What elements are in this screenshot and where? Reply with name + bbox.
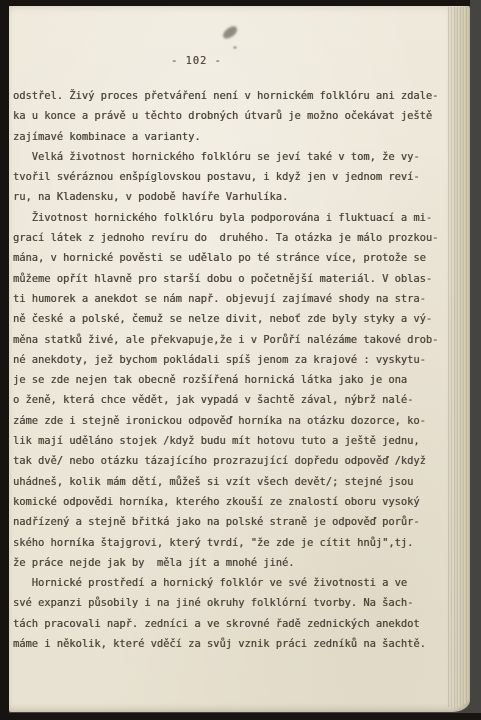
page-text: odstřel. Živý proces přetváření není v h… [13,86,459,654]
text-line: ru, na Kladensku, v podobě havíře Varhul… [13,187,459,207]
text-line: máme i několik, které vděčí za svůj vzni… [13,634,459,654]
text-line: tách pracovali např. zedníci a ve skrovn… [13,614,459,634]
text-line: tvořil svéráznou enšpíglovskou postavu, … [13,167,459,187]
text-line: Velká životnost hornického folklóru se j… [13,147,459,167]
page-number: - 102 - [171,54,222,68]
text-line: své expanzi působily i na jiné okruhy fo… [13,593,459,613]
text-line: Hornické prostředí a hornický folklór ve… [13,573,459,593]
text-line: ka u konce a právě u těchto drobných útv… [13,106,459,126]
scan-edge-left [0,0,9,720]
text-line: je se zde nejen tak obecně rozšířená hor… [13,370,459,390]
text-line: můžeme opřít hlavně pro starší dobu o po… [13,269,459,289]
text-line: uhádneš, kolik mám dětí, můžeš si vzít v… [13,472,459,492]
text-line: ského horníka štajgrovi, který tvrdí, "ž… [13,533,459,553]
text-line: o ženě, která chce vědět, jak vypadá v š… [13,390,459,410]
text-line: záme zde i stejně ironickou odpověď horn… [13,411,459,431]
text-line: Životnost hornického folklóru byla podpo… [13,208,459,228]
text-line: mána, v hornické pověsti se udělalo po t… [13,248,459,268]
text-line: zajímavé kombinace a varianty. [13,127,459,147]
text-line: lik mají uděláno stojek /když budu mít h… [13,431,459,451]
pencil-smudge [221,24,239,40]
text-line: nadřízený a stejně břitká jako na polské… [13,512,459,532]
text-line: tak dvě/ nebo otázku tázajícího prozrazu… [13,451,459,471]
text-line: odstřel. Živý proces přetváření není v h… [13,86,459,106]
paper-speck [233,46,237,49]
text-line: komické odpovědi horníka, kterého zkouší… [13,492,459,512]
text-line: že práce nejde jak by měla jít a mnohé j… [13,553,459,573]
scan-edge-bottom [0,713,481,720]
scanned-page: - 102 - odstřel. Živý proces přetváření … [9,5,470,712]
text-line: grací látek z jednoho revíru do druhého.… [13,228,459,248]
scan-edge-top [0,0,470,6]
text-line: né anekdoty, jež bychom pokládali spíš j… [13,350,459,370]
text-line: ti humorek a anekdot se nám např. objevu… [13,289,459,309]
text-line: měna statků živé, ale překvapuje,že i v … [13,330,459,350]
text-line: ně české a polské, čemuž se nelze divit,… [13,309,459,329]
scan-background: - 102 - odstřel. Živý proces přetváření … [0,0,481,720]
